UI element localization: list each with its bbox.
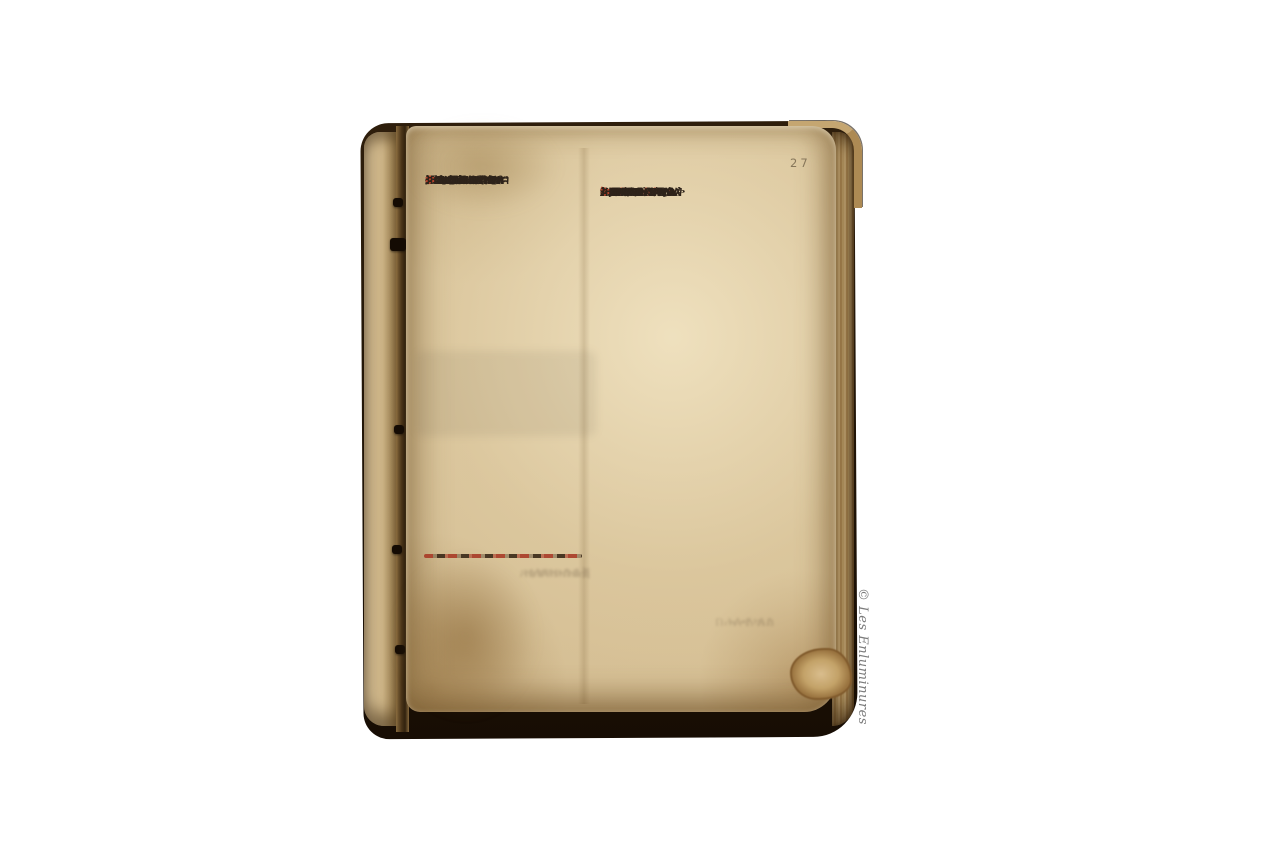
end-of-section-rule — [424, 554, 582, 558]
stitch-mark — [390, 238, 406, 251]
stitch-mark — [393, 198, 403, 207]
stain — [396, 556, 536, 716]
parchment-page: 27 ረኩ፡በኵሉ፡ጊዜ፡ወእባርኮ፡ለእግዚአ፡ስብሐት፡ዘገብረ፡ተአምራተ… — [406, 126, 836, 712]
show-through-shadow — [416, 351, 596, 436]
manuscript-text: እሉ፡ — [600, 182, 625, 204]
rubric-red-text: ፨ — [425, 170, 436, 191]
stitch-mark — [392, 545, 402, 554]
watermark-credit: © Les Enluminures — [855, 588, 870, 738]
manuscript-photo: 27 ረኩ፡በኵሉ፡ጊዜ፡ወእባርኮ፡ለእግዚአ፡ስብሐት፡ዘገብረ፡ተአምራተ… — [362, 120, 860, 742]
photo-canvas: { "photo": { "description": "Photograph … — [0, 0, 1280, 860]
crease — [578, 148, 590, 704]
manuscript-text: ሀለተ፡ዐለ — [540, 563, 590, 584]
stain — [408, 122, 558, 212]
stitch-mark — [394, 425, 404, 434]
manuscript-text: ሀለ፡ተሎ — [728, 612, 774, 633]
previous-page-edge — [364, 132, 398, 726]
folio-number: 27 — [790, 156, 811, 170]
damage-patch — [790, 648, 852, 700]
